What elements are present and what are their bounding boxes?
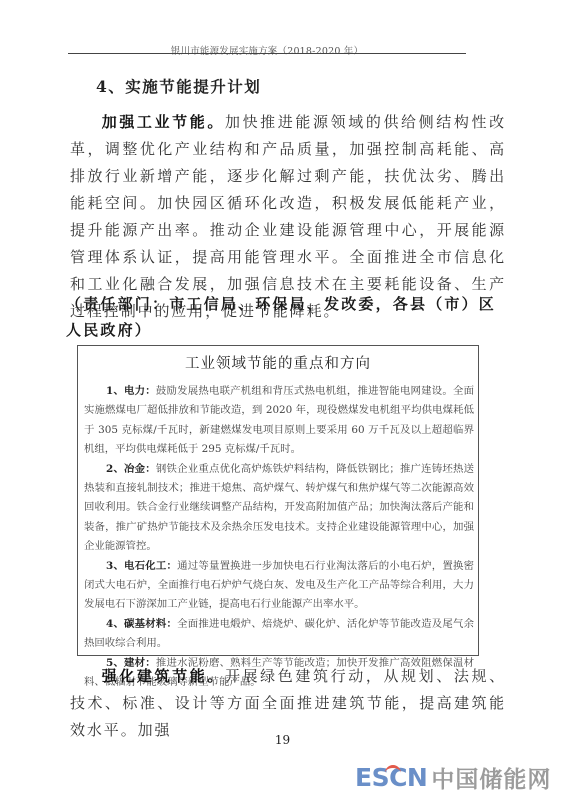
- paragraph-lead: 强化建筑节能。: [101, 667, 225, 685]
- box-item-calcium-carbide: 3、电石化工：通过等量置换进一步加快电石行业淘汰落后的小电石炉，置换密闭式大电石…: [84, 557, 474, 615]
- paragraph-text: 加快推进能源领域的供给侧结构性改革，调整优化产业结构和产品质量，加强控制高耗能、…: [70, 113, 506, 320]
- box-title: 工业领域节能的重点和方向: [78, 352, 478, 373]
- item-label: 1、电力：: [106, 385, 156, 397]
- box-item-power: 1、电力：鼓励发展热电联产机组和背压式热电机组，推进智能电网建设。全面实施燃煤电…: [84, 382, 474, 460]
- box-item-metallurgy: 2、冶金：钢铁企业重点优化高炉炼铁炉料结构，降低铁钢比；推广连铸坯热送热装和直接…: [84, 460, 474, 557]
- item-label: 4、碳基材料：: [106, 618, 177, 630]
- watermark-en: ESCN: [355, 763, 427, 792]
- key-directions-box: 工业领域节能的重点和方向 1、电力：鼓励发展热电联产机组和背压式热电机组，推进智…: [77, 345, 479, 656]
- escn-watermark-logo: ESCN 中国储能网: [355, 762, 551, 792]
- box-body: 1、电力：鼓励发展热电联产机组和背压式热电机组，推进智能电网建设。全面实施燃煤电…: [84, 382, 474, 693]
- item-label: 2、冶金：: [106, 463, 156, 475]
- running-header: 银川市能源发展实施方案（2018-2020 年）: [68, 43, 466, 57]
- item-text: 钢铁企业重点优化高炉炼铁炉料结构，降低铁钢比；推广连铸坯热送热装和直接轧制技术；…: [84, 463, 474, 553]
- page-number: 19: [0, 733, 565, 747]
- item-label: 3、电石化工：: [106, 560, 177, 572]
- responsibility-note: （责任部门：市工信局、环保局、发改委，各县（市）区人民政府）: [66, 291, 508, 343]
- section-title: 4、实施节能提升计划: [96, 75, 261, 97]
- header-divider: [68, 53, 466, 54]
- box-item-carbon-materials: 4、碳基材料：全面推进电煅炉、焙烧炉、碳化炉、活化炉等节能改造及尾气余热回收综合…: [84, 615, 474, 654]
- watermark-cn: 中国储能网: [431, 761, 551, 794]
- paragraph-lead: 加强工业节能。: [101, 113, 225, 131]
- paragraph-building-energy-saving: 强化建筑节能。开展绿色建筑行动，从规划、法规、技术、标准、设计等方面全面推进建筑…: [70, 663, 506, 744]
